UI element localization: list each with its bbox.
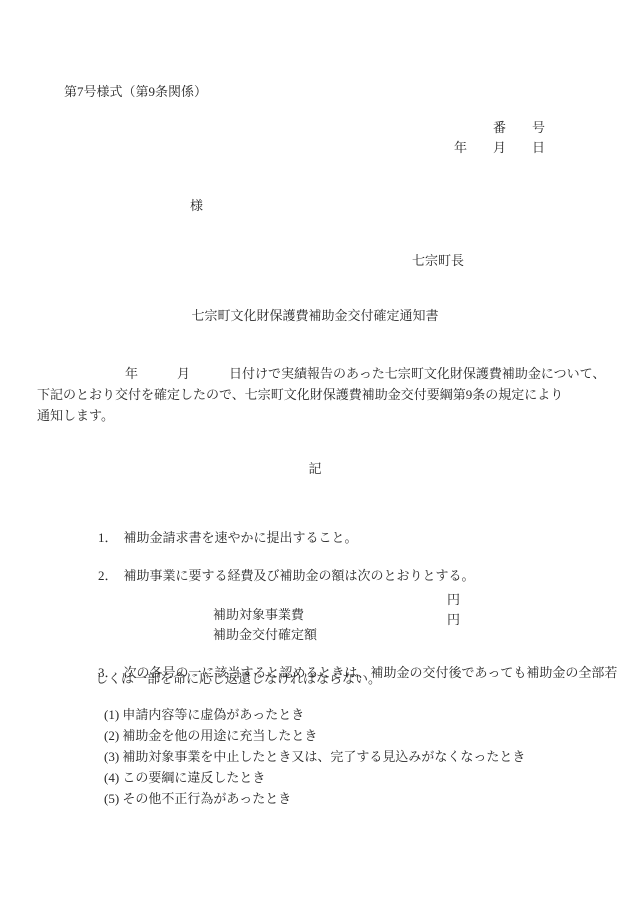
- amount-unit-yen: 円: [447, 612, 460, 627]
- body-line-1: 年 月 日付けで実績報告のあった七宗町文化財保護費補助金について、: [37, 366, 605, 381]
- document-title: 七宗町文化財保護費補助金交付確定通知書: [0, 308, 630, 323]
- condition-item-2: (2) 補助金を他の用途に充当したとき: [104, 728, 317, 743]
- list-item-2-number: 2．: [98, 568, 118, 583]
- list-item-3-text-line-2: しくは一部を命に応じ返還しなければならない。: [95, 671, 381, 686]
- condition-item-4: (4) この要綱に違反したとき: [104, 770, 265, 785]
- form-number: 第7号様式（第9条関係）: [64, 84, 207, 99]
- condition-item-5: (5) その他不正行為があったとき: [104, 791, 291, 806]
- body-line-3: 通知します。: [37, 408, 114, 423]
- document-page: 第7号様式（第9条関係） 番 号 年 月 日 様 七宗町長 七宗町文化財保護費補…: [0, 0, 630, 915]
- issue-date-line: 年 月 日: [454, 140, 545, 155]
- list-item-2-text: 補助事業に要する経費及び補助金の額は次のとおりとする。: [124, 568, 475, 583]
- record-heading: 記: [0, 461, 630, 476]
- list-item-1-number: 1．: [98, 530, 118, 545]
- condition-item-1: (1) 申請内容等に虚偽があったとき: [104, 707, 304, 722]
- list-item-1-text: 補助金請求書を速やかに提出すること。: [124, 530, 358, 545]
- reference-number-line: 番 号: [493, 120, 545, 135]
- amount-label-confirmed-grant: 補助金交付確定額: [213, 627, 317, 642]
- body-line-2: 下記のとおり交付を確定したので、七宗町文化財保護費補助金交付要綱第9条の規定によ…: [37, 387, 563, 402]
- sender-title: 七宗町長: [412, 253, 464, 268]
- condition-item-3: (3) 補助対象事業を中止したとき又は、完了する見込みがなくなったとき: [104, 749, 525, 764]
- amount-unit-yen: 円: [447, 592, 460, 607]
- addressee-honorific: 様: [190, 198, 203, 213]
